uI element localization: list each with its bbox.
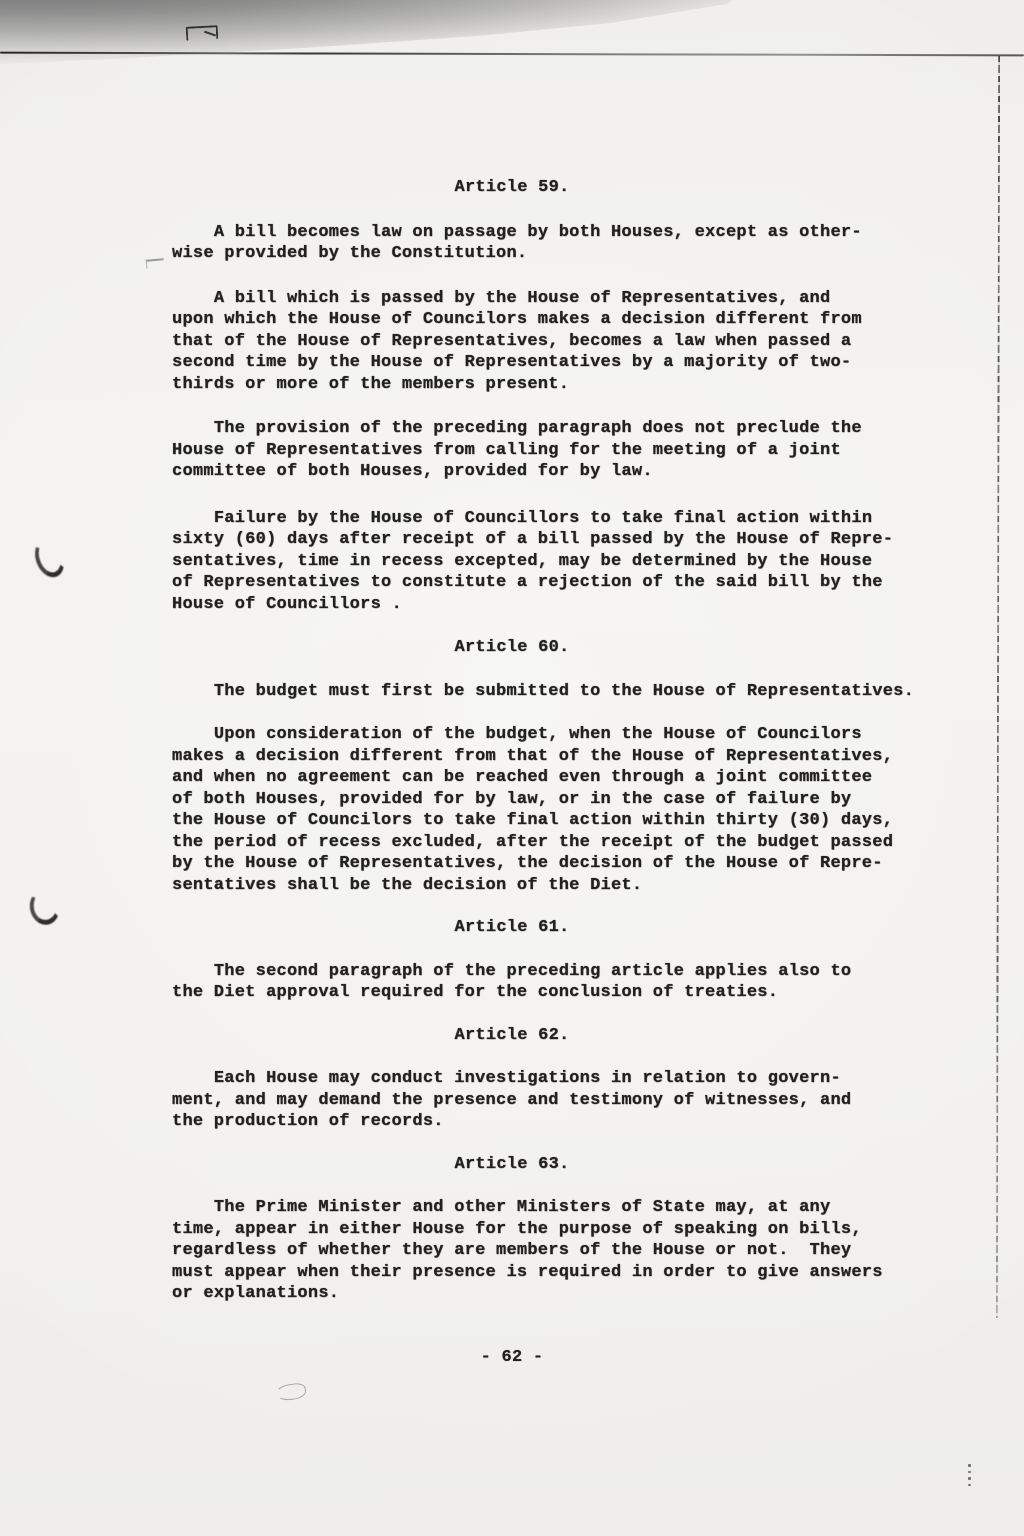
pencil-squiggle-mark <box>275 1382 307 1402</box>
article-59-paragraph-1: A bill becomes law on passage by both Ho… <box>172 222 938 265</box>
right-edge-line <box>996 56 1000 1318</box>
article-62-heading: Article 62. <box>172 1025 938 1047</box>
article-59-paragraph-3: The provision of the preceding paragraph… <box>172 418 938 483</box>
article-63-heading: Article 63. <box>172 1154 938 1176</box>
ink-crescent-mark-upper <box>30 535 70 581</box>
ink-dots-mark <box>968 1464 972 1490</box>
article-63-paragraph-1: The Prime Minister and other Ministers o… <box>172 1197 938 1305</box>
article-62-paragraph-1: Each House may conduct investigations in… <box>172 1068 938 1133</box>
document-page: Article 59. A bill becomes law on passag… <box>0 0 1024 1536</box>
article-60-paragraph-2: Upon consideration of the budget, when t… <box>172 724 938 896</box>
article-59-paragraph-2: A bill which is passed by the House of R… <box>172 288 938 396</box>
ink-crescent-mark-lower <box>26 887 63 928</box>
article-59-heading: Article 59. <box>172 177 938 199</box>
page-number: - 62 - <box>0 1348 1024 1367</box>
article-60-heading: Article 60. <box>172 637 938 659</box>
typewritten-text-block: Article 59. A bill becomes law on passag… <box>172 177 938 1305</box>
bracket-ink-mark <box>186 25 219 41</box>
pencil-tick-mark <box>146 258 165 269</box>
article-60-paragraph-1: The budget must first be submitted to th… <box>172 681 938 703</box>
article-61-heading: Article 61. <box>172 917 938 939</box>
article-61-paragraph-1: The second paragraph of the preceding ar… <box>172 961 938 1004</box>
scan-shadow-artifact <box>0 0 785 66</box>
article-59-paragraph-4: Failure by the House of Councillors to t… <box>172 508 938 616</box>
